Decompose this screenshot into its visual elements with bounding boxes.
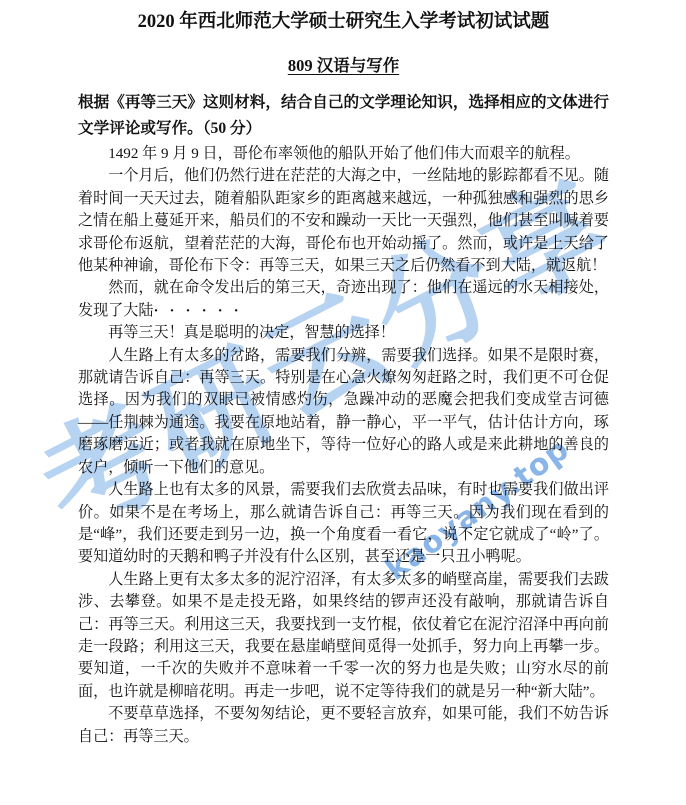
subject-heading-text: 809 汉语与写作 (288, 56, 399, 75)
essay-paragraph-3: 然而，就在命令发出后的第三天，奇迹出现了：他们在遥远的水天相接处，发现了大陆··… (78, 277, 609, 322)
exam-title: 2020 年西北师范大学硕士研究生入学考试初试试题 (78, 10, 609, 34)
essay-paragraph-5: 人生路上有太多的岔路，需要我们分辨，需要我们选择。如果不是限时赛，那就请告诉自己… (78, 345, 609, 479)
essay-paragraph-7: 人生路上更有太多太多的泥泞沼泽，有太多太多的峭壁高崖，需要我们去跋涉、去攀登。如… (78, 569, 609, 703)
subject-heading: 809 汉语与写作 (78, 55, 609, 77)
essay-paragraph-8: 不要草草选择，不要匆匆结论，更不要轻言放弃，如果可能，我们不妨告诉自己：再等三天… (78, 703, 609, 748)
essay-paragraph-6: 人生路上也有太多的风景，需要我们去欣赏去品味，有时也需要我们做出评价。如果不是在… (78, 479, 609, 569)
exam-prompt: 根据《再等三天》这则材料，结合自己的文学理论知识，选择相应的文体进行文学评论或写… (78, 90, 609, 141)
essay-paragraph-2: 一个月后，他们仍然行进在茫茫的大海之中，一丝陆地的影踪都看不见。随着时间一天天过… (78, 165, 609, 277)
document-body: 2020 年西北师范大学硕士研究生入学考试初试试题 809 汉语与写作 根据《再… (78, 10, 609, 748)
ellipsis-dots: ······ (153, 303, 249, 319)
essay-paragraph-4: 再等三天！真是聪明的决定，智慧的选择！ (78, 322, 609, 344)
essay-paragraph-1: 1492 年 9 月 9 日，哥伦布率领他的船队开始了他们伟大而艰辛的航程。 (78, 143, 609, 165)
exam-paper-page: 考研云分享 kaoyany.top 2020 年西北师范大学硕士研究生入学考试初… (0, 0, 686, 805)
